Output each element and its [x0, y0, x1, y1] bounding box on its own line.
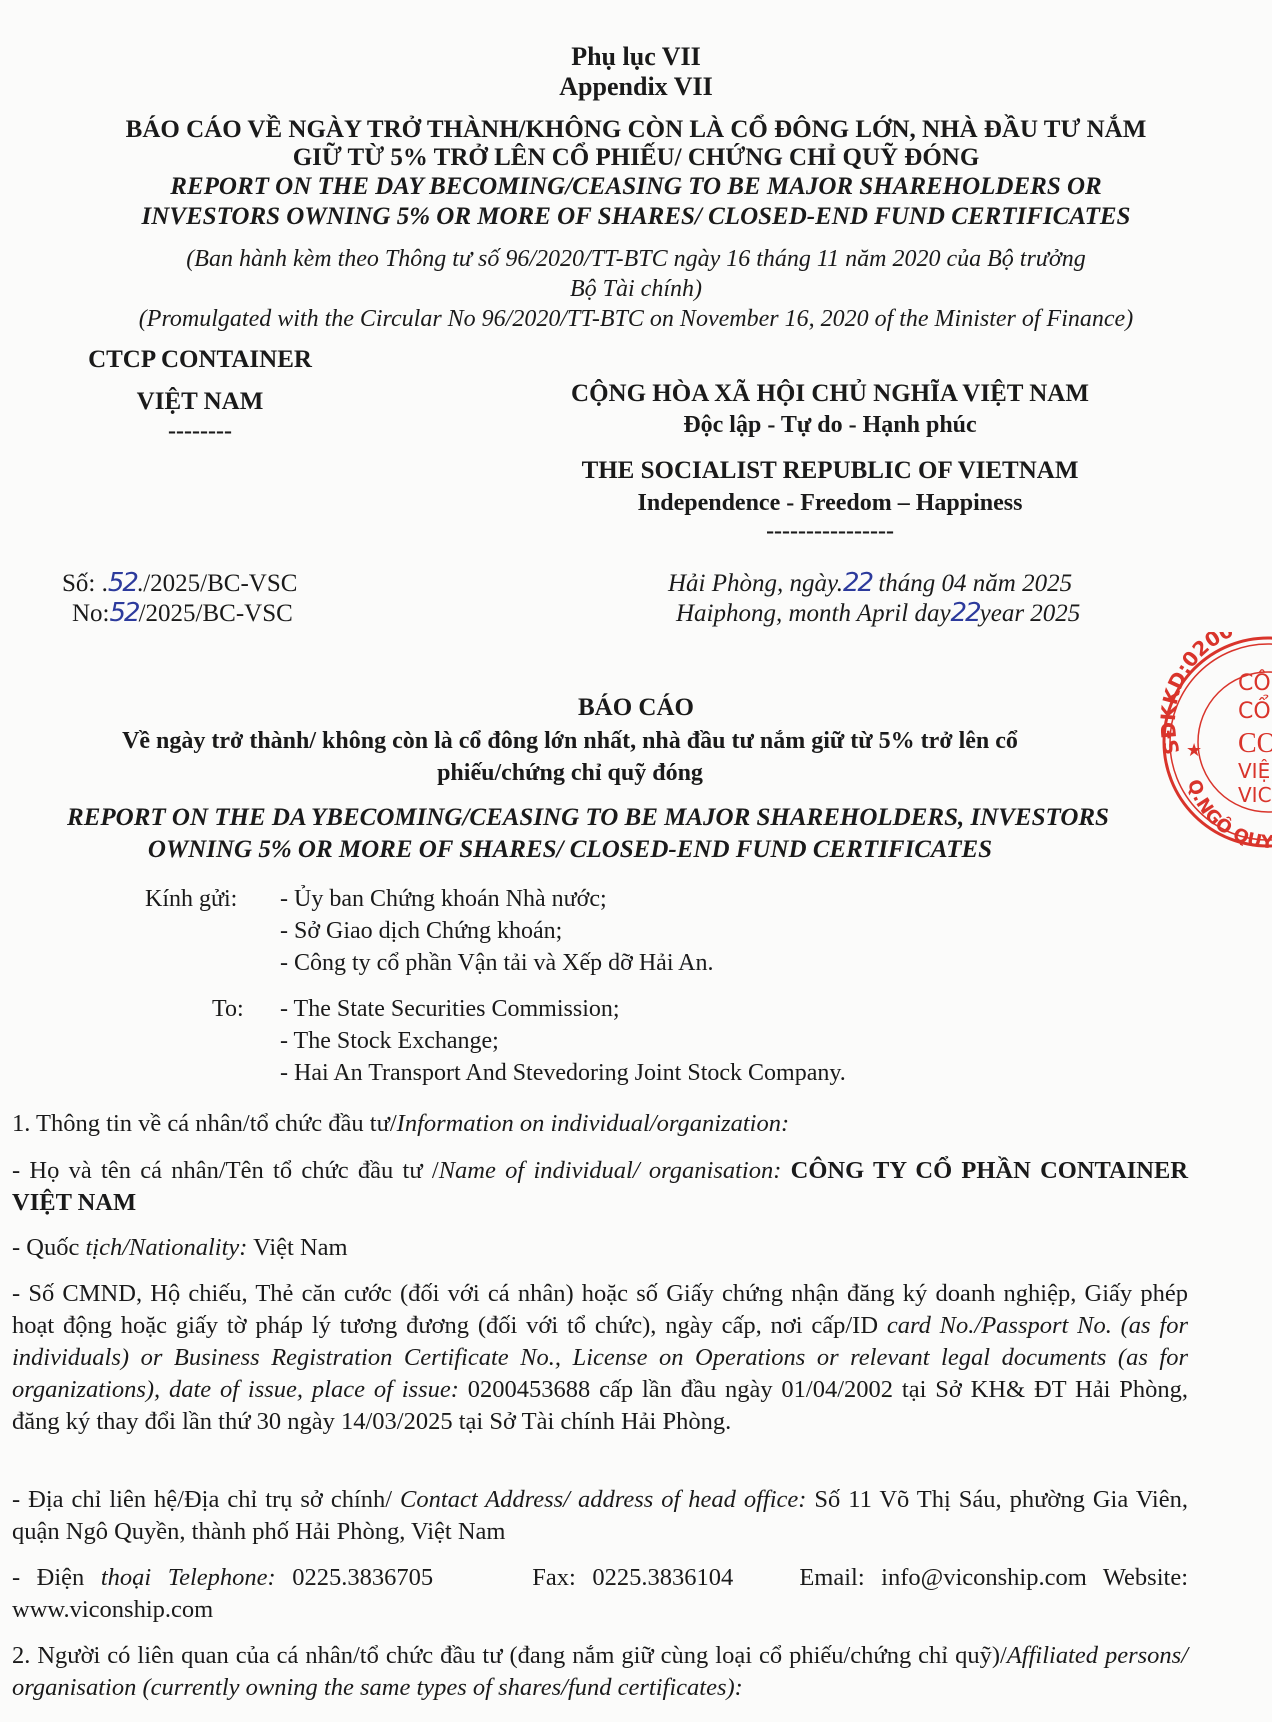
svg-text:CỔ: CỔ — [1238, 695, 1271, 724]
date-en: Haiphong, month April day22year 2025 — [676, 598, 1080, 628]
document-page: Phụ lục VII Appendix VII BÁO CÁO VỀ NGÀY… — [0, 0, 1272, 1722]
report-title: BÁO CÁO — [0, 694, 1272, 722]
handwritten-day: 22 — [843, 568, 872, 598]
motto-en: Independence - Freedom – Happiness — [440, 490, 1220, 517]
recipient-item: - Công ty cổ phần Vận tải và Xếp dỡ Hải … — [280, 950, 714, 977]
recipient-item: - Sở Giao dịch Chứng khoán; — [280, 918, 562, 945]
fax: Fax: 0225.3836104 — [532, 1564, 733, 1591]
contact-field: - Điện thoại Telephone: 0225.3836705 Fax… — [12, 1562, 1188, 1626]
right-divider: ---------------- — [440, 518, 1220, 545]
svg-text:★: ★ — [1186, 740, 1202, 761]
svg-text:CONT: CONT — [1238, 728, 1272, 759]
section2-heading: 2. Người có liên quan của cá nhân/tổ chứ… — [12, 1640, 1188, 1704]
svg-text:VIỆ: VIỆ — [1238, 759, 1270, 783]
company-name-line1: CTCP CONTAINER — [0, 346, 400, 374]
report-subtitle-vi-line2: phiếu/chứng chỉ quỹ đóng — [0, 760, 1140, 787]
document-number-en: No:52/2025/BC-VSC — [72, 598, 293, 628]
title-en-line2: INVESTORS OWNING 5% OR MORE OF SHARES/ C… — [0, 203, 1272, 231]
issued-vi-line2: Bộ Tài chính) — [0, 276, 1272, 303]
company-seal-stamp: SĐKKD:0200Q.NGÔ QUYỀN★CÔCỔCONTVIỆVICO — [1158, 632, 1272, 852]
svg-text:CÔ: CÔ — [1238, 670, 1271, 696]
website: www.viconship.com — [12, 1596, 213, 1623]
section1-heading: 1. Thông tin về cá nhân/tổ chức đầu tư/I… — [12, 1108, 1188, 1140]
recipient-item: - Hai An Transport And Stevedoring Joint… — [280, 1060, 846, 1087]
email: Email: info@viconship.com — [799, 1564, 1086, 1591]
recipient-item: - The State Securities Commission; — [280, 996, 620, 1023]
document-number-vi: Số: .52./2025/BC-VSC — [62, 568, 297, 598]
address-field: - Địa chỉ liên hệ/Địa chỉ trụ sở chính/ … — [12, 1484, 1188, 1548]
handwritten-number: 52 — [110, 598, 139, 628]
title-vi-line1: BÁO CÁO VỀ NGÀY TRỞ THÀNH/KHÔNG CÒN LÀ C… — [0, 116, 1272, 144]
handwritten-number: 52 — [108, 568, 137, 598]
nationality-field: - Quốc tịch/Nationality: Việt Nam — [12, 1232, 1188, 1264]
issued-vi-line1: (Ban hành kèm theo Thông tư số 96/2020/T… — [0, 246, 1272, 273]
recipients-label-vi: Kính gửi: — [145, 886, 237, 913]
motto-vi: Độc lập - Tự do - Hạnh phúc — [440, 412, 1220, 439]
company-name-line2: VIỆT NAM — [0, 388, 400, 416]
recipient-item: - Ủy ban Chứng khoán Nhà nước; — [280, 886, 607, 913]
issued-en: (Promulgated with the Circular No 96/202… — [0, 306, 1272, 333]
recipient-item: - The Stock Exchange; — [280, 1028, 499, 1055]
registration-field: - Số CMND, Hộ chiếu, Thẻ căn cước (đối v… — [12, 1278, 1188, 1438]
report-subtitle-vi-line1: Về ngày trở thành/ không còn là cổ đông … — [0, 728, 1140, 755]
recipients-label-en: To: — [212, 996, 244, 1023]
investor-name-field: - Họ và tên cá nhân/Tên tổ chức đầu tư /… — [12, 1155, 1188, 1219]
report-subtitle-en-line1: REPORT ON THE DA YBECOMING/CEASING TO BE… — [0, 804, 1176, 832]
report-subtitle-en-line2: OWNING 5% OR MORE OF SHARES/ CLOSED-END … — [0, 836, 1140, 864]
appendix-en: Appendix VII — [0, 72, 1272, 102]
date-vi: Hải Phòng, ngày.22 tháng 04 năm 2025 — [668, 568, 1072, 598]
svg-text:VICO: VICO — [1238, 783, 1272, 807]
title-vi-line2: GIỮ TỪ 5% TRỞ LÊN CỔ PHIẾU/ CHỨNG CHỈ QU… — [0, 144, 1272, 172]
nation-vi: CỘNG HÒA XÃ HỘI CHỦ NGHĨA VIỆT NAM — [440, 380, 1220, 408]
left-divider: -------- — [0, 418, 400, 445]
title-en-line1: REPORT ON THE DAY BECOMING/CEASING TO BE… — [0, 173, 1272, 201]
handwritten-day: 22 — [951, 598, 980, 628]
nation-en: THE SOCIALIST REPUBLIC OF VIETNAM — [440, 457, 1220, 485]
appendix-vi: Phụ lục VII — [0, 42, 1272, 72]
